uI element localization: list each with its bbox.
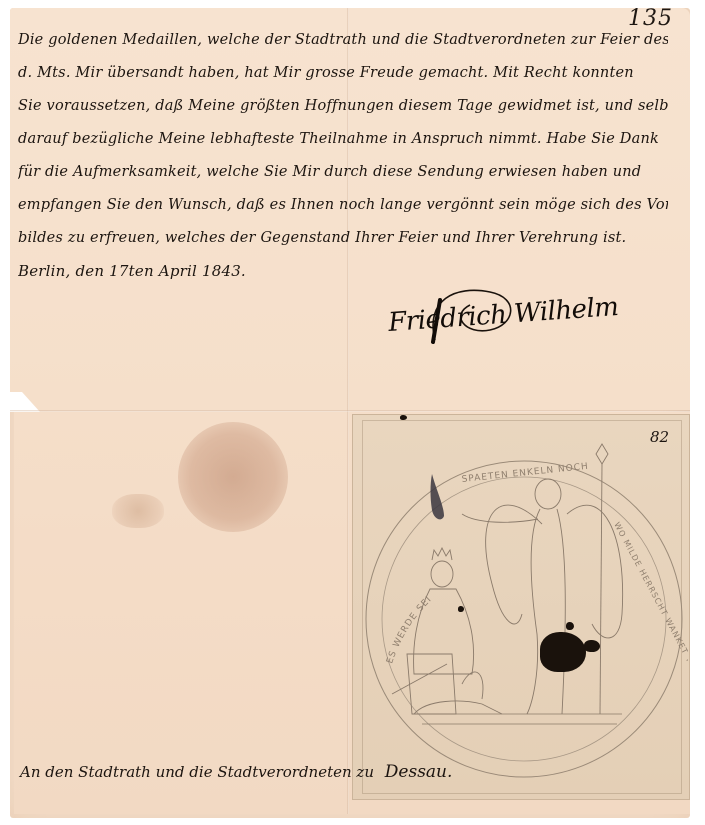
archive-mark: 82: [650, 428, 669, 446]
medal-drawing-icon: ES WERDE SEI SPAETEN ENKELN NOCH WO MILD…: [352, 414, 688, 798]
letter-line: d. Mts. Mir übersandt haben, hat Mir gro…: [18, 57, 668, 90]
letter-body: Die goldenen Medaillen, welche der Stadt…: [18, 24, 668, 288]
letter-line: für die Aufmerksamkeit, welche Sie Mir d…: [18, 156, 668, 189]
medal-inscription-top: SPAETEN ENKELN NOCH: [461, 462, 589, 485]
letter-line: Die goldenen Medaillen, welche der Stadt…: [18, 24, 668, 57]
letter-line: bildes zu erfreuen, welches der Gegensta…: [18, 222, 668, 255]
dateline: Berlin, den 17ten April 1843.: [18, 255, 668, 288]
medal-inscription-right: WO MILDE HERRSCHT WANKET TREUE NICHT: [612, 521, 688, 717]
address-place: Dessau.: [385, 762, 453, 782]
water-stain: [178, 422, 288, 532]
ink-blot: [566, 622, 574, 630]
water-stain-small: [112, 494, 164, 528]
letter-line: darauf bezügliche Meine lebhafteste Thei…: [18, 123, 668, 156]
address-text: An den Stadtrath und die Stadtverordnete…: [20, 763, 374, 781]
ink-blot: [400, 415, 407, 420]
letter-line: Sie voraussetzen, daß Meine größten Hoff…: [18, 90, 668, 123]
ink-blot: [458, 606, 464, 612]
letter-line: empfangen Sie den Wunsch, daß es Ihnen n…: [18, 189, 668, 222]
ink-blot: [540, 632, 586, 672]
horizontal-fold-line: [10, 410, 690, 412]
ink-blot: [584, 640, 600, 652]
address-line: An den Stadtrath und die Stadtverordnete…: [20, 762, 452, 782]
